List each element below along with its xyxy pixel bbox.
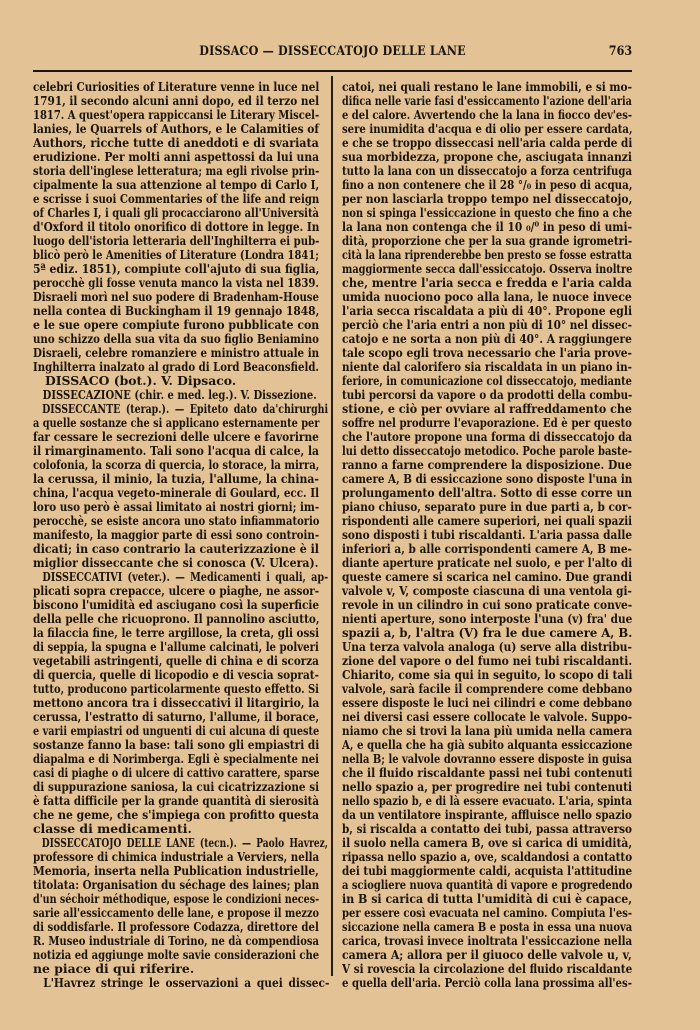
text-line: per non lasciarla troppo tempo nel disse…: [342, 192, 632, 206]
running-head-title: DISSACO — DISSECCATOJO DELLE LANE: [75, 44, 590, 59]
text-line: la filaccia fine, le terre argillose, la…: [33, 626, 319, 640]
text-line: R. Museo industriale di Torino, ne dà co…: [33, 934, 319, 948]
text-line: cerussa, l'estratto di saturno, l'allume…: [33, 710, 319, 724]
text-line: cità la lana riprenderebbe ben presto se…: [342, 248, 632, 262]
text-line: difica nelle varie fasi d'essiccamento l…: [342, 94, 632, 108]
text-line: lui detto disseccatojo metodico. Poche p…: [342, 444, 632, 458]
text-line: sarie all'essiccamento delle lane, e pro…: [33, 906, 319, 920]
text-line: celebri Curiosities of Literature venne …: [33, 80, 319, 94]
text-line: DISSACO (bot.). V. Dipsaco.: [33, 374, 319, 388]
text-line: da un ventilatore inspirante, affluisce …: [342, 808, 632, 822]
text-line: sono disposti i tubi riscaldanti. L'aria…: [342, 528, 632, 542]
text-line: manifesto, la maggior parte di essi sono…: [33, 528, 319, 542]
text-line: erudizione. Per molti anni aspettossi da…: [33, 150, 319, 164]
text-line: 1817. A quest'opera rappiccansi le Liter…: [33, 108, 319, 122]
text-line: e quella dell'aria. Perciò colla lana pr…: [342, 976, 632, 990]
text-line: DISSECCATIVI (veter.). — Medicamenti i q…: [33, 570, 328, 584]
text-line: feriore, in comunicazione col disseccato…: [342, 374, 632, 388]
text-line: e varii empiastri od unguenti di cui alc…: [33, 724, 319, 738]
text-line: uno schizzo della sua vita da suo figlio…: [33, 332, 319, 346]
text-line: ne piace di qui riferire.: [33, 962, 319, 976]
text-line: camera A; allora per il giuoco delle val…: [342, 948, 632, 962]
text-line: lanies, le Quarrels of Authors, e le Cal…: [33, 122, 319, 136]
text-line: DISSECCANTE (terap.). — Epiteto dato da'…: [33, 402, 328, 416]
text-line: Memoria, inserta nella Publication indus…: [33, 864, 319, 878]
text-line: che, mentre l'aria secca e fredda e l'ar…: [342, 276, 632, 290]
text-line: e del calore. Avvertendo che la lana in …: [342, 108, 632, 122]
text-line: nei diversi casi essere collocate le val…: [342, 710, 632, 724]
text-line: di seppia, la spugna e l'allume calcinat…: [33, 640, 319, 654]
text-line: china, l'acqua vegeto-minerale di Goular…: [33, 486, 319, 500]
text-line: piano chiuso, separato pure in due parti…: [342, 500, 632, 514]
text-line: perocchè, se esiste ancora uno stato inf…: [33, 514, 319, 528]
text-line: Authors, ricche tutte di aneddoti e di s…: [33, 136, 319, 150]
text-line: diante aperture praticate nel suolo, e p…: [342, 556, 632, 570]
text-line: revole in un cilindro in cui sono pratic…: [342, 598, 632, 612]
text-line: colofonia, la scorza di quercia, lo stor…: [33, 458, 319, 472]
text-line: nello spazio a, per progredire nei tubi …: [342, 780, 632, 794]
text-line: Disraeli morì nel suo podere di Bradenha…: [33, 290, 319, 304]
text-line: stione, e ciò per ovviare al raffreddame…: [342, 402, 632, 416]
text-line: di suppurazione saniosa, la cui cicatriz…: [33, 780, 319, 794]
text-line: vegetabili astringenti, quelle di china …: [33, 654, 319, 668]
text-line: luogo dell'istoria letteraria dell'Inghi…: [33, 234, 319, 248]
text-line: niamo che si trovi la lana più umida nel…: [342, 724, 632, 738]
text-line: sua morbidezza, propone che, asciugata i…: [342, 150, 632, 164]
text-line: far cessare le secrezioni delle ulcere e…: [33, 430, 319, 444]
text-line: carica, trovasi invece inoltrata l'essic…: [342, 934, 632, 948]
text-line: miglior disseccante che si conosca (V. U…: [33, 556, 319, 570]
text-line: of Charles I, i quali gli procacciarono …: [33, 206, 319, 220]
text-line: blicò però le Amenities of Literature (L…: [33, 248, 319, 262]
text-line: e scrisse i suoi Commentaries of the lif…: [33, 192, 319, 206]
text-line: cipalmente la sua attenzione al tempo di…: [33, 178, 319, 192]
text-line: casi di piaghe o di ulcere di cattivo ca…: [33, 766, 319, 780]
text-line: nella contea di Buckingham il 19 gennajo…: [33, 304, 319, 318]
text-line: niente dal calorifero sia riscaldata in …: [342, 360, 632, 374]
text-line: storia dell'inglese letteratura; ma egli…: [33, 164, 319, 178]
text-line: che l'autore propone una forma di dissec…: [342, 430, 632, 444]
text-line: zione del vapore o del fumo nei tubi ris…: [342, 654, 632, 668]
right-column: catoi, nei quali restano le lane immobil…: [342, 80, 632, 990]
text-line: catoi, nei quali restano le lane immobil…: [342, 80, 632, 94]
text-line: DISSECCATOJO DELLE LANE (tecn.). — Paolo…: [33, 836, 328, 850]
text-line: fino a non contenere che il 28 °/₀ in pe…: [342, 178, 632, 192]
text-line: è fatta difficile per la grande quantità…: [33, 794, 319, 808]
text-line: classe di medicamenti.: [33, 822, 319, 836]
text-line: plicati sopra crepacce, ulcere o piaghe,…: [33, 584, 319, 598]
header-rule: [33, 70, 632, 72]
text-line: ripassa nello spazio a, ove, scaldandosi…: [342, 850, 632, 864]
text-line: e che se troppo disseccasi nell'aria cal…: [342, 136, 632, 150]
text-line: la cerussa, il minio, la tuzia, l'allume…: [33, 472, 319, 486]
text-line: DISSECAZIONE (chir. e med. leg.). V. Dis…: [33, 388, 329, 402]
page-header: DISSACO — DISSECCATOJO DELLE LANE 763: [33, 44, 632, 64]
text-line: rispondenti alle camere superiori, nei q…: [342, 514, 632, 528]
text-line: di soddisfarle. Il professore Codazza, d…: [33, 920, 319, 934]
text-line: sostanze fanno la base: tali sono gli em…: [33, 738, 319, 752]
text-line: siccazione nella camera B e posta in ess…: [342, 920, 632, 934]
text-line: la lana non contenga che il 10 ₀/⁰ in pe…: [342, 220, 632, 234]
page-number: 763: [609, 44, 632, 59]
text-line: a quelle sostanze che si applicano ester…: [33, 416, 319, 430]
text-line: il rimarginamento. Tali sono l'acqua di …: [33, 444, 319, 458]
text-line: tale scopo egli trova necessario che l'a…: [342, 346, 632, 360]
text-line: della pelle che ricuoprono. Il pannolino…: [33, 612, 319, 626]
text-line: queste camere si scarica nel camino. Due…: [342, 570, 632, 584]
text-line: Una terza valvola analoga (u) serve alla…: [342, 640, 632, 654]
text-line: catojo e ne sorta a non più di 40°. A ra…: [342, 332, 632, 346]
text-line: A, e quella che ha già subito alquanta e…: [342, 738, 632, 752]
text-line: di quercia, quelle di licopodio e di ves…: [33, 668, 319, 682]
text-line: titolata: Organisation du séchage des la…: [33, 878, 319, 892]
text-line: biscono l'umidità ed asciugano così la s…: [33, 598, 319, 612]
text-line: non si spinga l'essiccazione in questo c…: [342, 206, 632, 220]
left-column: celebri Curiosities of Literature venne …: [33, 80, 319, 990]
text-line: valvole, sarà facile il comprendere come…: [342, 682, 632, 696]
text-line: soffre nel produrre l'evaporazione. Ed è…: [342, 416, 632, 430]
text-line: nella B; le valvole dovranno essere disp…: [342, 752, 632, 766]
text-line: umida nuociono poco alla lana, le nuoce …: [342, 290, 632, 304]
text-line: che ne geme, che s'impiega con profitto …: [33, 808, 319, 822]
text-line: mettono ancora tra i disseccativi il lit…: [33, 696, 319, 710]
text-line: perciò che l'aria entri a non più di 10°…: [342, 318, 632, 332]
text-line: d'un séchoir méthodique, espose le condi…: [33, 892, 319, 906]
text-line: notizia ed aggiunge molte savie consider…: [33, 948, 319, 962]
text-line: camere A, B di essiccazione sono dispost…: [342, 472, 632, 486]
text-line: il suolo nella camera B, ove si carica d…: [342, 836, 632, 850]
text-line: per essere così evacuata nel camino. Com…: [342, 906, 632, 920]
text-line: l'aria secca riscaldata a più di 40°. Pr…: [342, 304, 632, 318]
text-line: essere disposte le luci nei cilindri e c…: [342, 696, 632, 710]
text-line: tubi percorsi da vapore o da prodotti de…: [342, 388, 632, 402]
text-line: valvole v, V, composte ciascuna di una v…: [342, 584, 632, 598]
text-line: spazii a, b, l'altra (V) fra le due came…: [342, 626, 632, 640]
text-line: Disraeli, celebre romanziere e ministro …: [33, 346, 319, 360]
text-line: nello spazio b, e di là essere evacuato.…: [342, 794, 632, 808]
text-line: a sciogliere nuova quantità di vapore e …: [342, 878, 632, 892]
text-line: maggiormente secca dall'essiccatojo. Oss…: [342, 262, 632, 276]
text-line: nienti aperture, sono interposte l'una (…: [342, 612, 632, 626]
text-line: ranno a farne comprendere la disposizion…: [342, 458, 632, 472]
text-line: inferiori a, b alle corrispondenti camer…: [342, 542, 632, 556]
text-line: e le sue opere compiute furono pubblicat…: [33, 318, 319, 332]
text-line: Inghilterra inalzato al grado di Lord Be…: [33, 360, 319, 374]
text-line: b, si riscalda a contatto dei tubi, pass…: [342, 822, 632, 836]
text-line: che il fluido riscaldante passi nei tubi…: [342, 766, 632, 780]
text-line: Chiarito, come sia qui in seguito, lo sc…: [342, 668, 632, 682]
text-line: L'Havrez stringe le osservazioni a quei …: [33, 976, 329, 990]
text-line: dei tubi maggiormente caldi, acquista l'…: [342, 864, 632, 878]
text-line: loro uso però è assai limitato ai nostri…: [33, 500, 319, 514]
text-line: tutto, producono particolarmente questo …: [33, 682, 319, 696]
text-line: 5ª ediz. 1851), compiute coll'ajuto di s…: [33, 262, 319, 276]
text-line: professore di chimica industriale a Verv…: [33, 850, 319, 864]
text-line: diapalma e di Norimberga. Egli è special…: [33, 752, 319, 766]
text-line: in B si carica di tutta l'umidità di cui…: [342, 892, 632, 906]
text-line: sere inumidita d'acqua e di olio per ess…: [342, 122, 632, 136]
text-line: dità, proporzione che per la sua grande …: [342, 234, 632, 248]
text-line: dicati; in caso contrario la cauterizzaz…: [33, 542, 319, 556]
text-line: d'Oxford il titolo onorifico di dottore …: [33, 220, 319, 234]
text-line: perocchè gli fosse venuta manco la vista…: [33, 276, 319, 290]
column-divider: [331, 76, 333, 976]
text-line: 1791, il secondo alcuni anni dopo, ed il…: [33, 94, 319, 108]
text-line: tutto la lana con un disseccatojo a forz…: [342, 164, 632, 178]
text-line: prolungamento dell'altra. Sotto di esse …: [342, 486, 632, 500]
text-line: V si rovescia la circolazione del fluido…: [342, 962, 632, 976]
